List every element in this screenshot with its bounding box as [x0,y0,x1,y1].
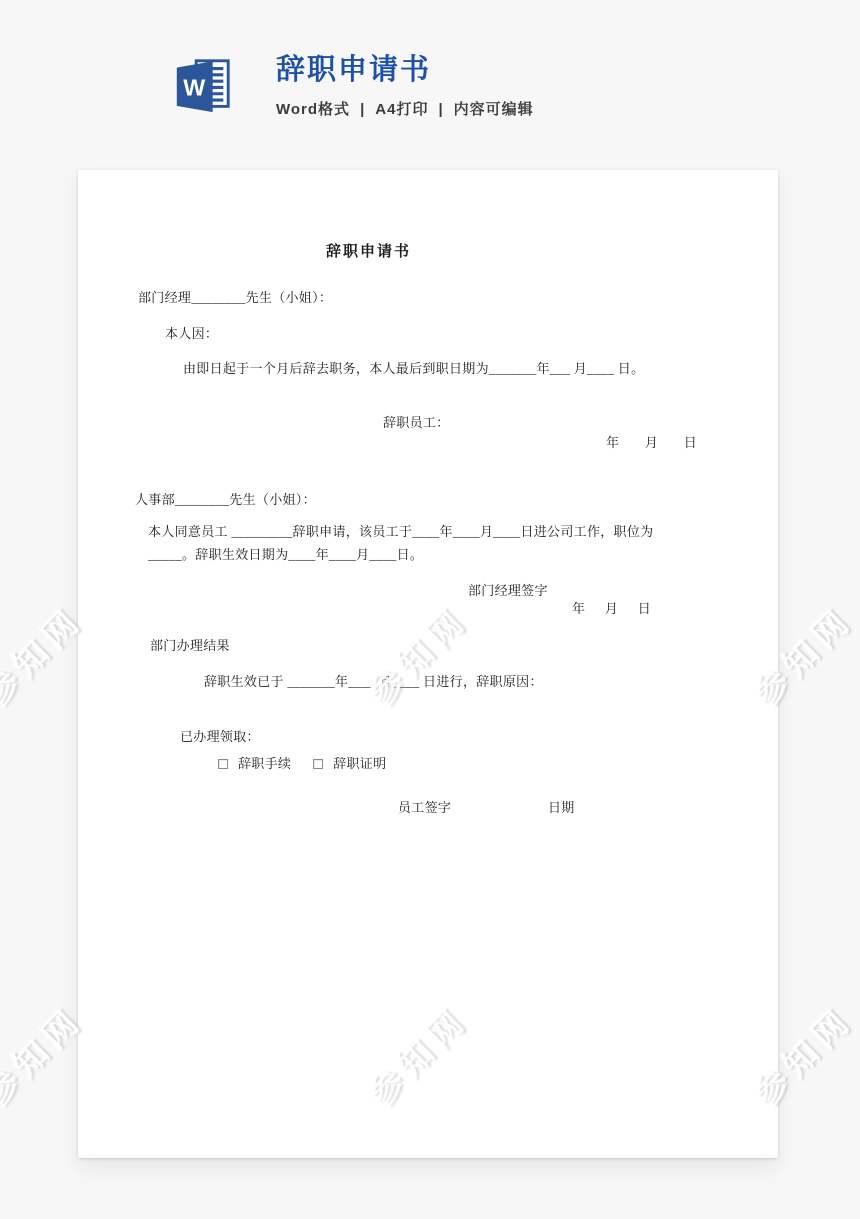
reason-label: 本人因： [165,323,218,342]
checkbox-group-certificate: 辞职证明 [313,756,386,771]
employee-date-line: 年 月 日 [606,432,697,451]
subtitle-print: A4打印 [375,101,428,118]
checkbox-group-procedure: 辞职手续 [218,756,291,771]
employee-sign-label: 员工签字 [398,797,451,816]
subtitle-editable: 内容可编辑 [454,101,534,118]
document-content: 辞职申请书 部门经理________先生（小姐）： 本人因： 由即日起于一个月后… [78,170,778,1158]
manager-date-line: 年 月 日 [572,598,651,617]
received-label: 已办理领取： [180,726,260,745]
dept-result-label: 部门办理结果 [150,635,230,654]
resignation-certificate-label: 辞职证明 [333,756,386,771]
manager-sign-label: 部门经理签字 [468,580,548,599]
checkbox-row: 辞职手续辞职证明 [218,753,386,772]
subtitle-format: Word格式 [276,101,350,118]
resignation-certificate-checkbox[interactable] [313,759,323,769]
page-subtitle: Word格式|A4打印|内容可编辑 [276,98,534,119]
document-page: 辞职申请书 部门经理________先生（小姐）： 本人因： 由即日起于一个月后… [78,170,778,1158]
page-title: 辞职申请书 [276,55,534,87]
salutation-hr-line: 人事部________先生（小姐）： [135,489,316,508]
header: W 辞职申请书 Word格式|A4打印|内容可编辑 [170,55,534,119]
word-file-icon: W [170,55,234,117]
date-label: 日期 [548,797,575,816]
subtitle-separator: | [360,101,365,118]
effective-date-line: 辞职生效已于 _______年____ 月____ 日进行，辞职原因： [204,671,543,690]
resignation-procedure-label: 辞职手续 [238,756,291,771]
notice-line: 由即日起于一个月后辞去职务，本人最后到职日期为_______年___ 月____… [183,358,644,377]
salutation-manager-line: 部门经理________先生（小姐）： [138,287,332,306]
document-title: 辞职申请书 [326,240,411,261]
resignation-procedure-checkbox[interactable] [218,759,228,769]
resigning-employee-label: 辞职员工： [383,412,450,431]
approval-paragraph: 本人同意员工 _________辞职申请，该员工于____年____月____日… [148,521,670,566]
subtitle-separator: | [438,101,443,118]
word-icon-letter: W [183,75,205,101]
